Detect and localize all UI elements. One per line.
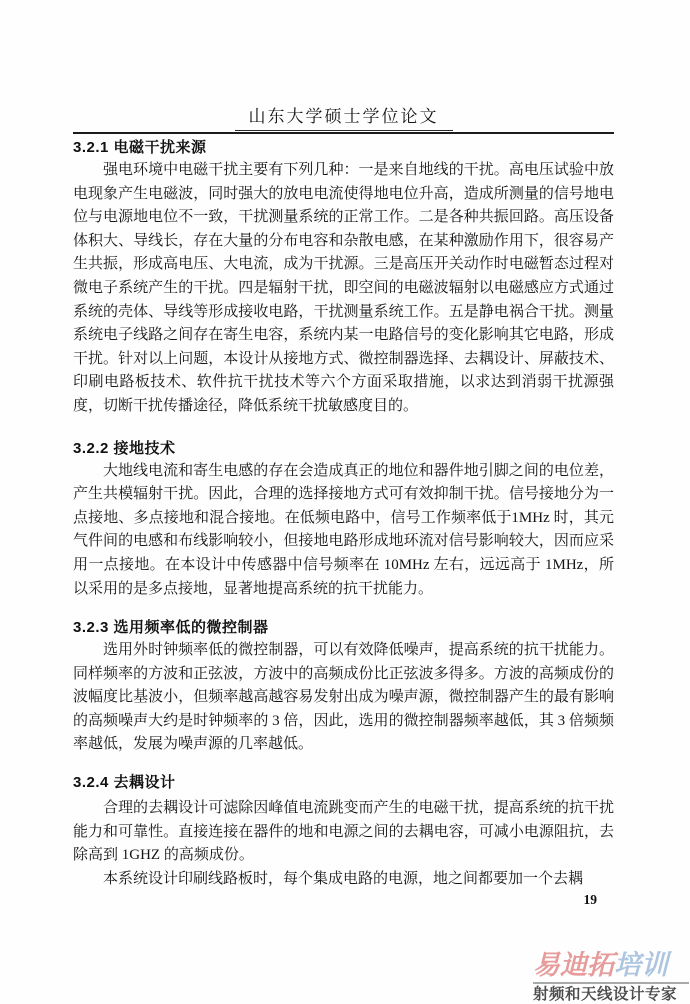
section-heading-3-2-2: 3.2.2 接地技术 <box>73 438 614 460</box>
paragraph-grounding: 大地线电流和寄生电感的存在会造成真正的地位和器件地引脚之间的电位差，产生共模辐射… <box>73 460 614 602</box>
paragraph-emi-sources: 强电环境中电磁干扰主要有下列几种：一是来自地线的干扰。高电压试验中放电现象产生电… <box>73 159 614 419</box>
page-header: 山东大学硕士学位论文 <box>73 102 614 131</box>
watermark-subtitle: 射频和天线设计专家 <box>533 984 689 1004</box>
header-rule <box>73 132 614 134</box>
section-heading-3-2-3: 3.2.3 选用频率低的微控制器 <box>73 617 614 639</box>
text-block: 山东大学硕士学位论文 3.2.1 电磁干扰来源 强电环境中电磁干扰主要有下列几种… <box>73 0 614 908</box>
thesis-scan-page: 山东大学硕士学位论文 3.2.1 电磁干扰来源 强电环境中电磁干扰主要有下列几种… <box>0 0 690 1004</box>
section-heading-3-2-4: 3.2.4 去耦设计 <box>73 772 614 794</box>
watermark-logo-secondary: 培训 <box>614 950 668 980</box>
section-heading-3-2-1: 3.2.1 电磁干扰来源 <box>73 137 614 159</box>
page-number: 19 <box>73 892 614 908</box>
header-title: 山东大学硕士学位论文 <box>235 102 453 131</box>
paragraph-decoupling: 合理的去耦设计可滤除因峰值电流跳变而产生的电磁干扰，提高系统的抗干扰能力和可靠性… <box>73 797 614 868</box>
watermark-logo: 易迪拓培训 <box>533 949 689 984</box>
watermark-logo-primary: 易迪拓 <box>533 950 614 980</box>
paragraph-pcb-decoupling: 本系统设计印刷线路板时，每个集成电路的电源，地之间都要加一个去耦 <box>73 868 614 892</box>
paragraph-low-freq-mcu: 选用外时钟频率低的微控制器，可以有效降低噪声，提高系统的抗干扰能力。同样频率的方… <box>73 639 614 757</box>
watermark: 易迪拓培训 射频和天线设计专家 <box>533 949 689 1004</box>
